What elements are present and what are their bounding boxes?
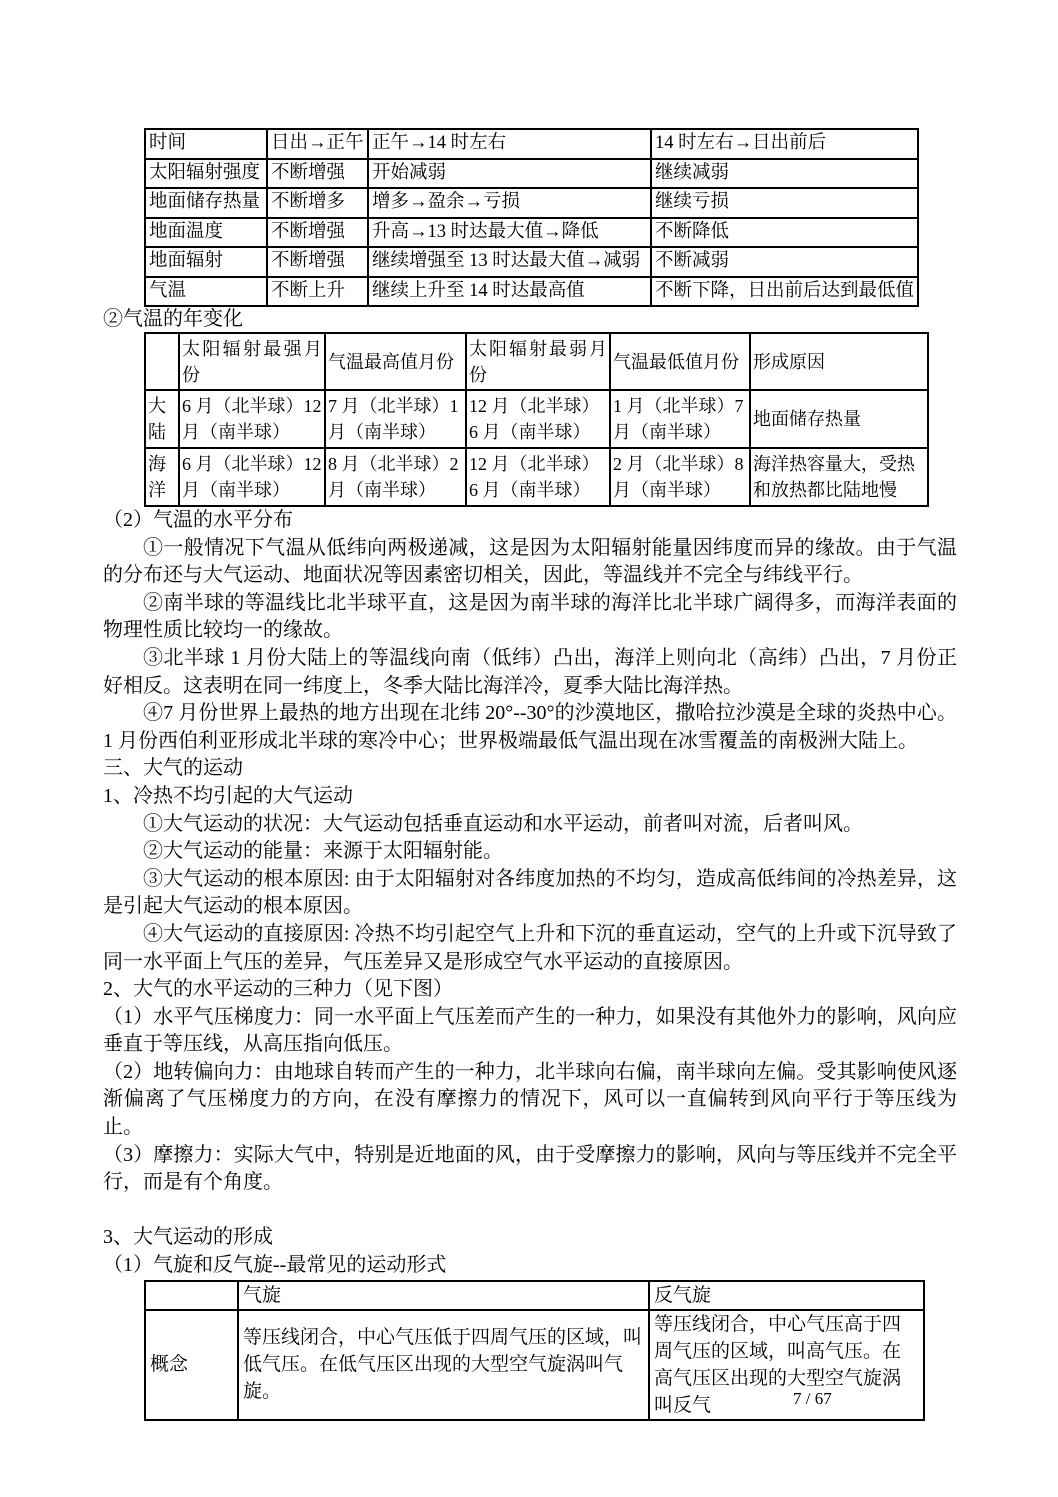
paragraph: ③北半球 1 月份大陆上的等温线向南（低纬）凸出，海洋上则向北（高纬）凸出，7 … (103, 645, 957, 700)
body-text: （2）气温的水平分布 ①一般情况下气温从低纬向两极递减，这是因为太阳辐射能量因纬… (103, 507, 957, 1280)
table-cell: 概念 (145, 1310, 238, 1420)
document-content: 时间 日出→正午 正午→14 时左右 14 时左右→日出前后 太阳辐射强度 不断… (103, 128, 957, 1421)
table-cell: 海洋热容量大，受热和放热都比陆地慢 (750, 448, 928, 506)
paragraph: ②大气运动的能量：来源于太阳辐射能。 (103, 838, 957, 866)
table-cell: 地面储存热量 (145, 188, 267, 218)
table-cell: 6 月（北半球）12 月（南半球） (179, 448, 325, 506)
section-heading: 三、大气的运动 (103, 755, 957, 783)
annual-variation-table: 太阳辐射最强月份 气温最高值月份 太阳辐射最弱月份 气温最低值月份 形成原因 大… (144, 332, 929, 507)
table-cell: 2 月（北半球）8 月（南半球） (610, 448, 750, 506)
section-heading: （1）气旋和反气旋--最常见的运动形式 (103, 1252, 957, 1280)
daily-variation-table: 时间 日出→正午 正午→14 时左右 14 时左右→日出前后 太阳辐射强度 不断… (144, 128, 919, 307)
table-cell: 时间 (145, 129, 267, 159)
table-cell: 升高→13 时达最大值→降低 (368, 218, 651, 248)
table-cell: 不断增强 (267, 159, 368, 189)
section-heading: 2、大气的水平运动的三种力（见下图） (103, 976, 957, 1004)
section-heading: 3、大气运动的形成 (103, 1224, 957, 1252)
table-cell (145, 1281, 238, 1310)
table-cell: 气温最低值月份 (610, 333, 750, 390)
table-row: 地面温度 不断增强 升高→13 时达最大值→降低 不断降低 (145, 218, 918, 248)
paragraph: ①一般情况下气温从低纬向两极递减，这是因为太阳辐射能量因纬度而异的缘故。由于气温… (103, 535, 957, 590)
paragraph: ④大气运动的直接原因: 冷热不均引起空气上升和下沉的垂直运动，空气的上升或下沉导… (103, 921, 957, 976)
table-cell: 太阳辐射最弱月份 (466, 333, 610, 390)
table-cell: 地面辐射 (145, 247, 267, 277)
table-cell: 6 月（北半球）12 月（南半球） (179, 390, 325, 448)
paragraph: ③大气运动的根本原因: 由于太阳辐射对各纬度加热的不均匀，造成高低纬间的冷热差异… (103, 866, 957, 921)
table-cell: 气温 (145, 277, 267, 307)
table-cell: 太阳辐射强度 (145, 159, 267, 189)
section-heading: 1、冷热不均引起的大气运动 (103, 783, 957, 811)
table-cell: 7 月（北半球）1 月（南半球） (325, 390, 466, 448)
table-cell: 气温最高值月份 (325, 333, 466, 390)
table-cell: 太阳辐射最强月份 (179, 333, 325, 390)
table-cell: 继续增强至 13 时达最大值→减弱 (368, 247, 651, 277)
paragraph: ①大气运动的状况：大气运动包括垂直运动和水平运动，前者叫对流，后者叫风。 (103, 811, 957, 839)
document-page: 时间 日出→正午 正午→14 时左右 14 时左右→日出前后 太阳辐射强度 不断… (0, 0, 1058, 1497)
paragraph: （2）气温的水平分布 (103, 507, 957, 535)
table-header-row: 气旋 反气旋 (145, 1281, 924, 1310)
table-cell: 增多→盈余→亏损 (368, 188, 651, 218)
table-cell: 12 月（北半球）6 月（南半球） (466, 390, 610, 448)
table-row: 海洋 6 月（北半球）12 月（南半球） 8 月（北半球）2 月（南半球） 12… (145, 448, 928, 506)
table-cell: 不断增多 (267, 188, 368, 218)
table-cell: 8 月（北半球）2 月（南半球） (325, 448, 466, 506)
table-row: 地面辐射 不断增强 继续增强至 13 时达最大值→减弱 不断减弱 (145, 247, 918, 277)
table-cell: 海洋 (145, 448, 179, 506)
table-cell: 地面温度 (145, 218, 267, 248)
table-row: 时间 日出→正午 正午→14 时左右 14 时左右→日出前后 (145, 129, 918, 159)
paragraph: ④7 月份世界上最热的地方出现在北纬 20°--30°的沙漠地区，撒哈拉沙漠是全… (103, 700, 957, 755)
annual-variation-heading: ②气温的年变化 (103, 307, 957, 332)
table-cell (145, 333, 179, 390)
table-cell: 12 月（北半球）6 月（南半球） (466, 448, 610, 506)
table-cell: 继续亏损 (651, 188, 918, 218)
paragraph: ②南半球的等温线比北半球平直，这是因为南半球的海洋比北半球广阔得多，而海洋表面的… (103, 590, 957, 645)
paragraph: （1）水平气压梯度力：同一水平面上气压差而产生的一种力，如果没有其他外力的影响，… (103, 1004, 957, 1059)
table-cell: 继续上升至 14 时达最高值 (368, 277, 651, 307)
table-header-row: 太阳辐射最强月份 气温最高值月份 太阳辐射最弱月份 气温最低值月份 形成原因 (145, 333, 928, 390)
paragraph: （2）地转偏向力：由地球自转而产生的一种力，北半球向右偏，南半球向左偏。受其影响… (103, 1059, 957, 1142)
table-cell: 气旋 (238, 1281, 649, 1310)
table-cell: 开始减弱 (368, 159, 651, 189)
table-row: 气温 不断上升 继续上升至 14 时达最高值 不断下降，日出前后达到最低值 (145, 277, 918, 307)
table-cell: 大陆 (145, 390, 179, 448)
table-cell: 等压线闭合，中心气压高于四周气压的区域，叫高气压。在高气压区出现的大型空气旋涡叫… (649, 1310, 924, 1420)
table-row: 太阳辐射强度 不断增强 开始减弱 继续减弱 (145, 159, 918, 189)
table-cell: 不断增强 (267, 218, 368, 248)
page-number: 7 / 67 (793, 1389, 832, 1409)
blank-line (103, 1197, 957, 1225)
table-cell: 14 时左右→日出前后 (651, 129, 918, 159)
table-cell: 反气旋 (649, 1281, 924, 1310)
paragraph: （3）摩擦力：实际大气中，特别是近地面的风，由于受摩擦力的影响，风向与等压线并不… (103, 1142, 957, 1197)
table-cell: 不断下降，日出前后达到最低值 (651, 277, 918, 307)
table-cell: 不断降低 (651, 218, 918, 248)
table-cell: 地面储存热量 (750, 390, 928, 448)
table-cell: 不断增强 (267, 247, 368, 277)
table-cell: 不断上升 (267, 277, 368, 307)
table-row: 地面储存热量 不断增多 增多→盈余→亏损 继续亏损 (145, 188, 918, 218)
table-cell: 不断减弱 (651, 247, 918, 277)
table-cell: 日出→正午 (267, 129, 368, 159)
table-cell: 等压线闭合，中心气压低于四周气压的区域，叫低气压。在低气压区出现的大型空气旋涡叫… (238, 1310, 649, 1420)
table-row: 大陆 6 月（北半球）12 月（南半球） 7 月（北半球）1 月（南半球） 12… (145, 390, 928, 448)
table-cell: 1 月（北半球）7 月（南半球） (610, 390, 750, 448)
table-cell: 正午→14 时左右 (368, 129, 651, 159)
table-cell: 形成原因 (750, 333, 928, 390)
table-cell: 继续减弱 (651, 159, 918, 189)
